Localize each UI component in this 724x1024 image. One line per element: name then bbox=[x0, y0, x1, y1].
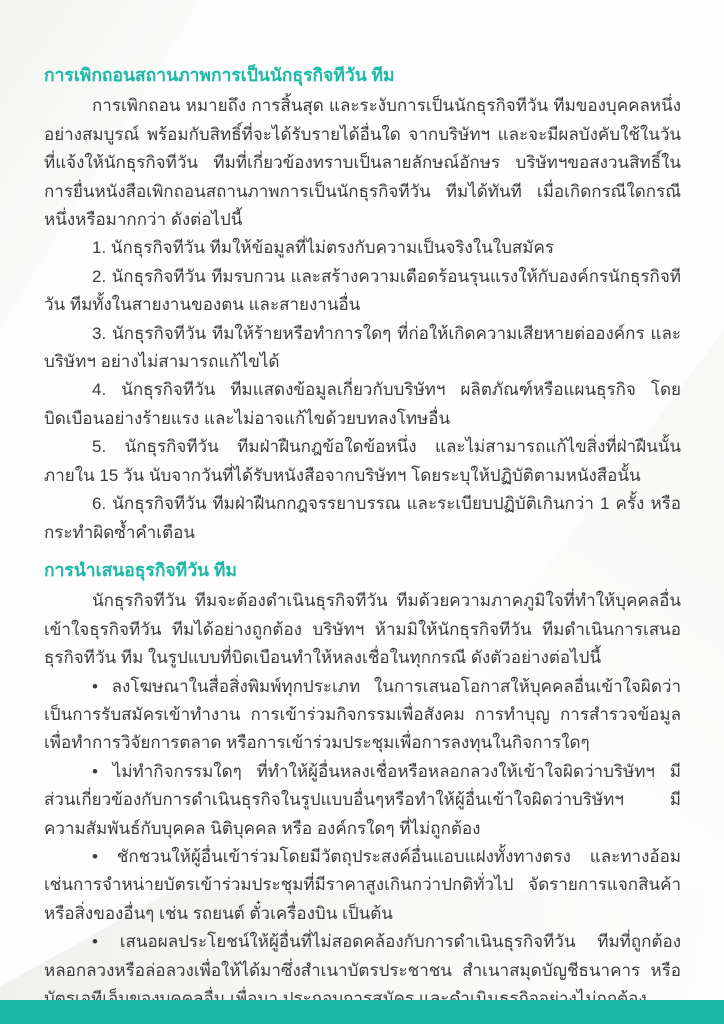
numbered-item-4: 4. นักธุรกิจทีวัน ทีมแสดงข้อมูลเกี่ยวกับ… bbox=[44, 376, 681, 433]
document-content: การเพิกถอนสถานภาพการเป็นนักธุรกิจทีวัน ท… bbox=[44, 61, 681, 1013]
bullet-item-2: • ไม่ทำกิจกรรมใดๆ ที่ทำให้ผู้อื่นหลงเชื่… bbox=[44, 758, 681, 843]
section-heading-presentation: การนำเสนอธุรกิจทีวัน ทีม bbox=[44, 556, 681, 584]
bullet-item-3: • ชักชวนให้ผู้อื่นเข้าร่วมโดยมีวัตถุประส… bbox=[44, 843, 681, 928]
section-revocation: การเพิกถอนสถานภาพการเป็นนักธุรกิจทีวัน ท… bbox=[44, 61, 681, 547]
presentation-intro-paragraph: นักธุรกิจทีวัน ทีมจะต้องดำเนินธุรกิจทีวั… bbox=[44, 587, 681, 672]
numbered-item-3: 3. นักธุรกิจทีวัน ทีมให้ร้ายหรือทำการใดๆ… bbox=[44, 320, 681, 377]
section-presentation: การนำเสนอธุรกิจทีวัน ทีม นักธุรกิจทีวัน … bbox=[44, 556, 681, 1014]
numbered-item-5: 5. นักธุรกิจทีวัน ทีมฝ่าฝืนกฎข้อใดข้อหนึ… bbox=[44, 433, 681, 490]
numbered-item-6: 6. นักธุรกิจทีวัน ทีมฝ่าฝืนกกฎจรรยาบรรณ … bbox=[44, 490, 681, 547]
revocation-intro-paragraph: การเพิกถอน หมายถึง การสิ้นสุด และระงับกา… bbox=[44, 92, 681, 234]
section-heading-revocation: การเพิกถอนสถานภาพการเป็นนักธุรกิจทีวัน ท… bbox=[44, 61, 681, 89]
numbered-item-2: 2. นักธุรกิจทีวัน ทีมรบกวน และสร้างความเ… bbox=[44, 263, 681, 320]
footer-accent-bar bbox=[0, 1000, 724, 1024]
bullet-item-1: • ลงโฆษณาในสื่อสิ่งพิมพ์ทุกประเภท ในการเ… bbox=[44, 673, 681, 758]
numbered-item-1: 1. นักธุรกิจทีวัน ทีมให้ข้อมูลที่ไม่ตรงก… bbox=[44, 234, 681, 262]
